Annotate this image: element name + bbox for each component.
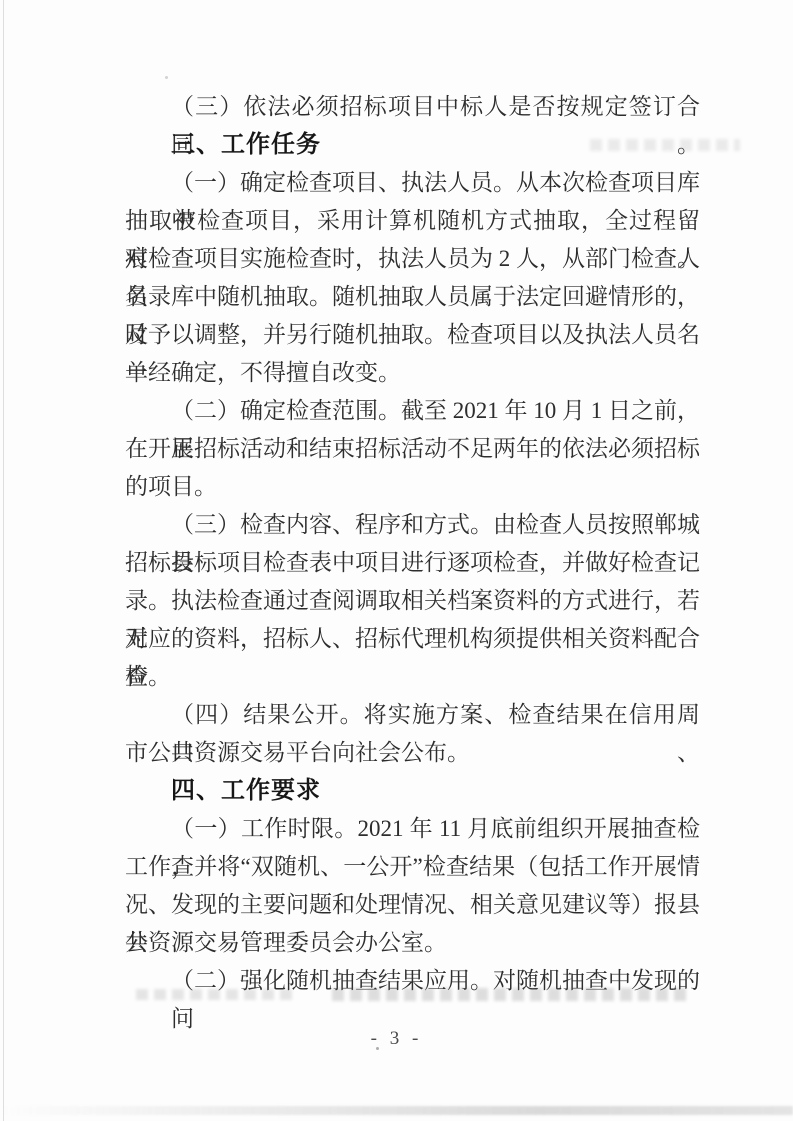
page-number: - 3 - — [0, 1028, 793, 1050]
text-line: 一经确定，不得擅自改变。 — [125, 354, 700, 392]
text-line: 在开展招标活动和结束招标活动不足两年的依法必须招标 — [125, 430, 700, 468]
text-line: 招标投标项目检查表中项目进行逐项检查，并做好检查记 — [125, 544, 700, 582]
text-line: 的项目。 — [125, 468, 700, 506]
scan-artifact-dot — [165, 76, 168, 79]
text-line: （四）结果公开。将实施方案、检查结果在信用周口、 — [125, 696, 700, 734]
text-line: （三）检查内容、程序和方式。由检查人员按照郸城县 — [125, 506, 700, 544]
scan-edge-left — [3, 0, 4, 1121]
scan-edge-bottom — [0, 1106, 793, 1115]
text-line: 抽取被检查项目，采用计算机随机方式抽取，全过程留痕。 — [125, 202, 700, 240]
bleed-through-ghost-text — [332, 988, 688, 1001]
scanned-document-page: （三）依法必须招标项目中标人是否按规定签订合同。三、工作任务（一）确定检查项目、… — [0, 0, 793, 1121]
bleed-through-ghost-text — [136, 989, 298, 1000]
text-line: （一）工作时限。2021 年 11 月底前组织开展抽查检查 — [125, 810, 700, 848]
document-body: （三）依法必须招标项目中标人是否按规定签订合同。三、工作任务（一）确定检查项目、… — [125, 88, 700, 1000]
text-line: 查。 — [125, 658, 700, 696]
text-line: 工作，并将“双随机、一公开”检查结果（包括工作开展情 — [125, 848, 700, 886]
section-heading: 四、工作要求 — [125, 772, 700, 810]
text-line: 况、发现的主要问题和处理情况、相关意见建议等）报县公 — [125, 886, 700, 924]
text-line: 录。执法检查通过查阅调取相关档案资料的方式进行，若无 — [125, 582, 700, 620]
text-line: 共资源交易管理委员会办公室。 — [125, 924, 700, 962]
text-line: （一）确定检查项目、执法人员。从本次检查项目库中 — [125, 164, 700, 202]
text-line: 对检查项目实施检查时，执法人员为 2 人，从部门检查人员 — [125, 240, 700, 278]
text-line: 时予以调整，并另行随机抽取。检查项目以及执法人员名单 — [125, 316, 700, 354]
text-line: 名录库中随机抽取。随机抽取人员属于法定回避情形的，及 — [125, 278, 700, 316]
bleed-through-ghost-text — [590, 139, 740, 151]
text-line: （二）确定检查范围。截至 2021 年 10 月 1 日之前，正 — [125, 392, 700, 430]
text-line: （三）依法必须招标项目中标人是否按规定签订合同。 — [125, 88, 700, 126]
text-line: 对应的资料，招标人、招标代理机构须提供相关资料配合检 — [125, 620, 700, 658]
